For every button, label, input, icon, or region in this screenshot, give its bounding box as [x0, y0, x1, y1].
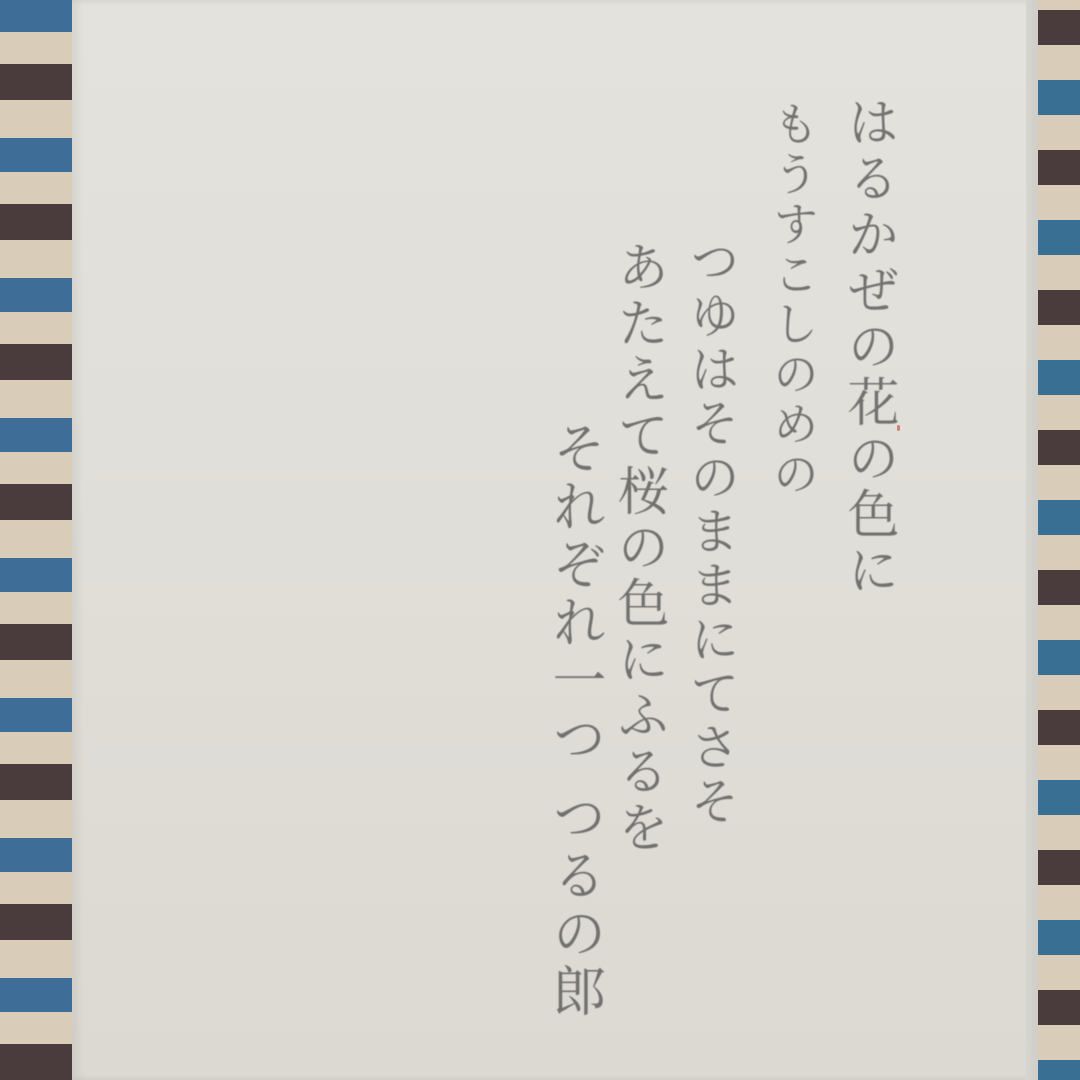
red-stain-mark: [897, 425, 900, 431]
calligraphy-column-3: つゆはそのままにてさそ: [686, 235, 736, 829]
calligraphy-text: はるかぜの花の色に もうすこしのめの つゆはそのままにてさそ あたえて桜の色にふ…: [0, 0, 1080, 1080]
calligraphy-column-2: もうすこしのめの: [770, 100, 816, 500]
calligraphy-column-1: はるかぜの花の色に: [842, 95, 894, 599]
calligraphy-column-4: あたえて桜の色にふるを: [612, 240, 664, 856]
calligraphy-column-5: それぞれ一つ つるの郎: [548, 420, 602, 1021]
